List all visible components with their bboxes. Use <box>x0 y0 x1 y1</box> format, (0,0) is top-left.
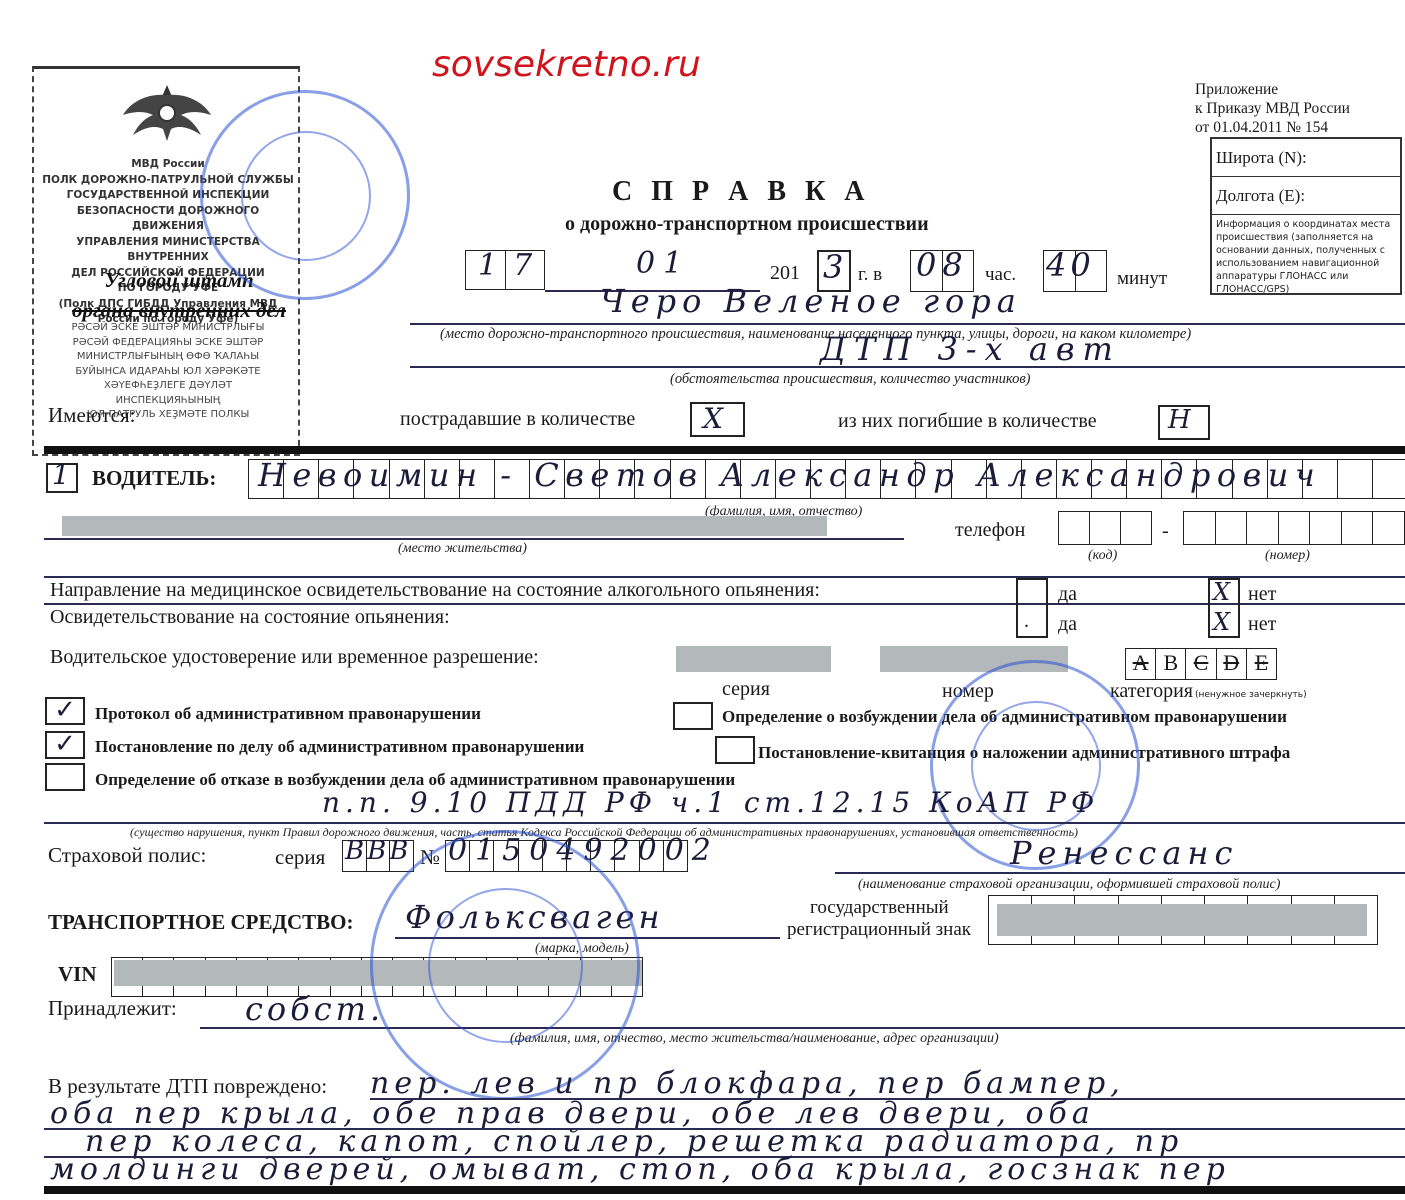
driver-name-value: Невоимин - Светов Александр Александрови… <box>258 456 1321 494</box>
coordinates-box: Широта (N): Долгота (E): Информация о ко… <box>1210 137 1402 295</box>
month-value: 01 <box>636 246 690 281</box>
longitude-field[interactable]: Долгота (E): <box>1212 177 1400 215</box>
circumstances-value: ДТП 3-х авт <box>820 330 1121 368</box>
vehicle-label: ТРАНСПОРТНОЕ СРЕДСТВО: <box>48 910 353 935</box>
driver-index: 1 <box>52 458 70 491</box>
page-subtitle: о дорожно-транспортном происшествии <box>565 213 929 236</box>
protocol-label: Протокол об административном правонаруше… <box>95 704 481 724</box>
license-category-field[interactable]: ABCDE <box>1125 648 1277 680</box>
reg-label-2: регистрационный знак <box>787 919 971 941</box>
minute-value: 40 <box>1046 246 1095 284</box>
phone-code-caption: (код) <box>1088 548 1117 564</box>
phone-number-caption: (номер) <box>1265 548 1310 564</box>
phone-dash: - <box>1162 520 1169 543</box>
license-series-redacted[interactable] <box>676 646 831 672</box>
injured-count-value: Х <box>703 402 723 435</box>
coordinates-note: Информация о координатах места происшест… <box>1212 215 1400 299</box>
resolution-checkbox[interactable]: ✓ <box>45 731 85 759</box>
year-digit-value: 3 <box>823 248 843 286</box>
insurance-series-value: ВВВ <box>345 836 411 866</box>
medical-yes-checkbox[interactable] <box>1016 578 1048 638</box>
minute-label: минут <box>1117 268 1167 290</box>
violation-value: п.п. 9.10 ПДД РФ ч.1 ст.12.15 КоАП РФ <box>322 786 1099 819</box>
appendix-heading: Приложение к Приказу МВД России от 01.04… <box>1195 80 1350 137</box>
fine-receipt-checkbox[interactable] <box>715 736 755 764</box>
resolution-label: Постановление по делу об административно… <box>95 737 584 757</box>
category-a[interactable]: A <box>1126 649 1156 679</box>
insurance-label: Страховой полис: <box>48 843 206 868</box>
residence-redacted <box>62 516 827 536</box>
round-stamp-icon <box>200 90 410 300</box>
circumstances-caption: (обстоятельства происшествия, количество… <box>670 371 1031 388</box>
medical-no-value: Х <box>1213 578 1230 606</box>
refusal-checkbox[interactable] <box>45 763 85 791</box>
reg-label-1: государственный <box>810 897 949 919</box>
category-e[interactable]: E <box>1247 649 1276 679</box>
day-value: 17 <box>478 248 548 283</box>
protocol-checkbox[interactable]: ✓ <box>45 697 85 725</box>
hour-value: 08 <box>916 246 969 284</box>
driver-label: ВОДИТЕЛЬ: <box>92 466 216 491</box>
page-title: С П Р А В К А <box>612 176 871 208</box>
license-category-note: (ненужное зачеркнуть) <box>1195 690 1307 700</box>
license-series-caption: серия <box>722 678 770 701</box>
owner-label: Принадлежит: <box>48 996 177 1021</box>
license-label: Водительское удостоверение или временное… <box>50 646 539 669</box>
medical-yes-label: да <box>1058 583 1077 606</box>
emblem-icon <box>119 81 215 151</box>
insurance-company-caption: (наименование страховой организации, офо… <box>858 877 1280 893</box>
killed-count-value: Н <box>1168 405 1191 435</box>
initiation-checkbox[interactable] <box>673 702 713 730</box>
phone-label: телефон <box>955 519 1025 542</box>
round-stamp-icon <box>370 830 640 1100</box>
residence-caption: (место жительства) <box>398 541 527 557</box>
damage-line-4: молдинги дверей, омыват, стоп, оба крыла… <box>50 1152 1230 1187</box>
phone-code-field[interactable] <box>1058 511 1152 545</box>
available-label: Имеются: <box>48 403 135 428</box>
phone-number-field[interactable] <box>1183 511 1405 545</box>
category-c[interactable]: C <box>1186 649 1216 679</box>
injured-label: пострадавшие в количестве <box>400 408 635 431</box>
test-no-label: нет <box>1248 613 1276 636</box>
latitude-field[interactable]: Широта (N): <box>1212 139 1400 177</box>
reg-plate-redacted <box>997 904 1367 936</box>
category-b[interactable]: B <box>1156 649 1186 679</box>
section-divider <box>44 446 1405 454</box>
test-no-value: Х <box>1213 608 1230 636</box>
test-yes-value: . <box>1024 610 1029 633</box>
test-yes-label: да <box>1058 613 1077 636</box>
watermark: sovsekretno.ru <box>432 44 701 85</box>
insurance-series-label: серия <box>275 845 325 870</box>
location-value: Черо Веленое гора <box>600 282 1022 320</box>
killed-label: из них погибшие в количестве <box>838 410 1097 433</box>
category-d[interactable]: D <box>1217 649 1247 679</box>
insurance-company-value: Ренессанс <box>1010 834 1238 872</box>
medical-no-label: нет <box>1248 583 1276 606</box>
owner-value: собст. <box>245 990 384 1028</box>
vin-label: VIN <box>58 962 97 987</box>
section-divider <box>44 1186 1405 1194</box>
license-category-caption: категория <box>1110 680 1193 703</box>
sobriety-test-label: Освидетельствование на состояние опьянен… <box>50 606 450 629</box>
medical-exam-label: Направление на медицинское освидетельств… <box>50 579 820 602</box>
